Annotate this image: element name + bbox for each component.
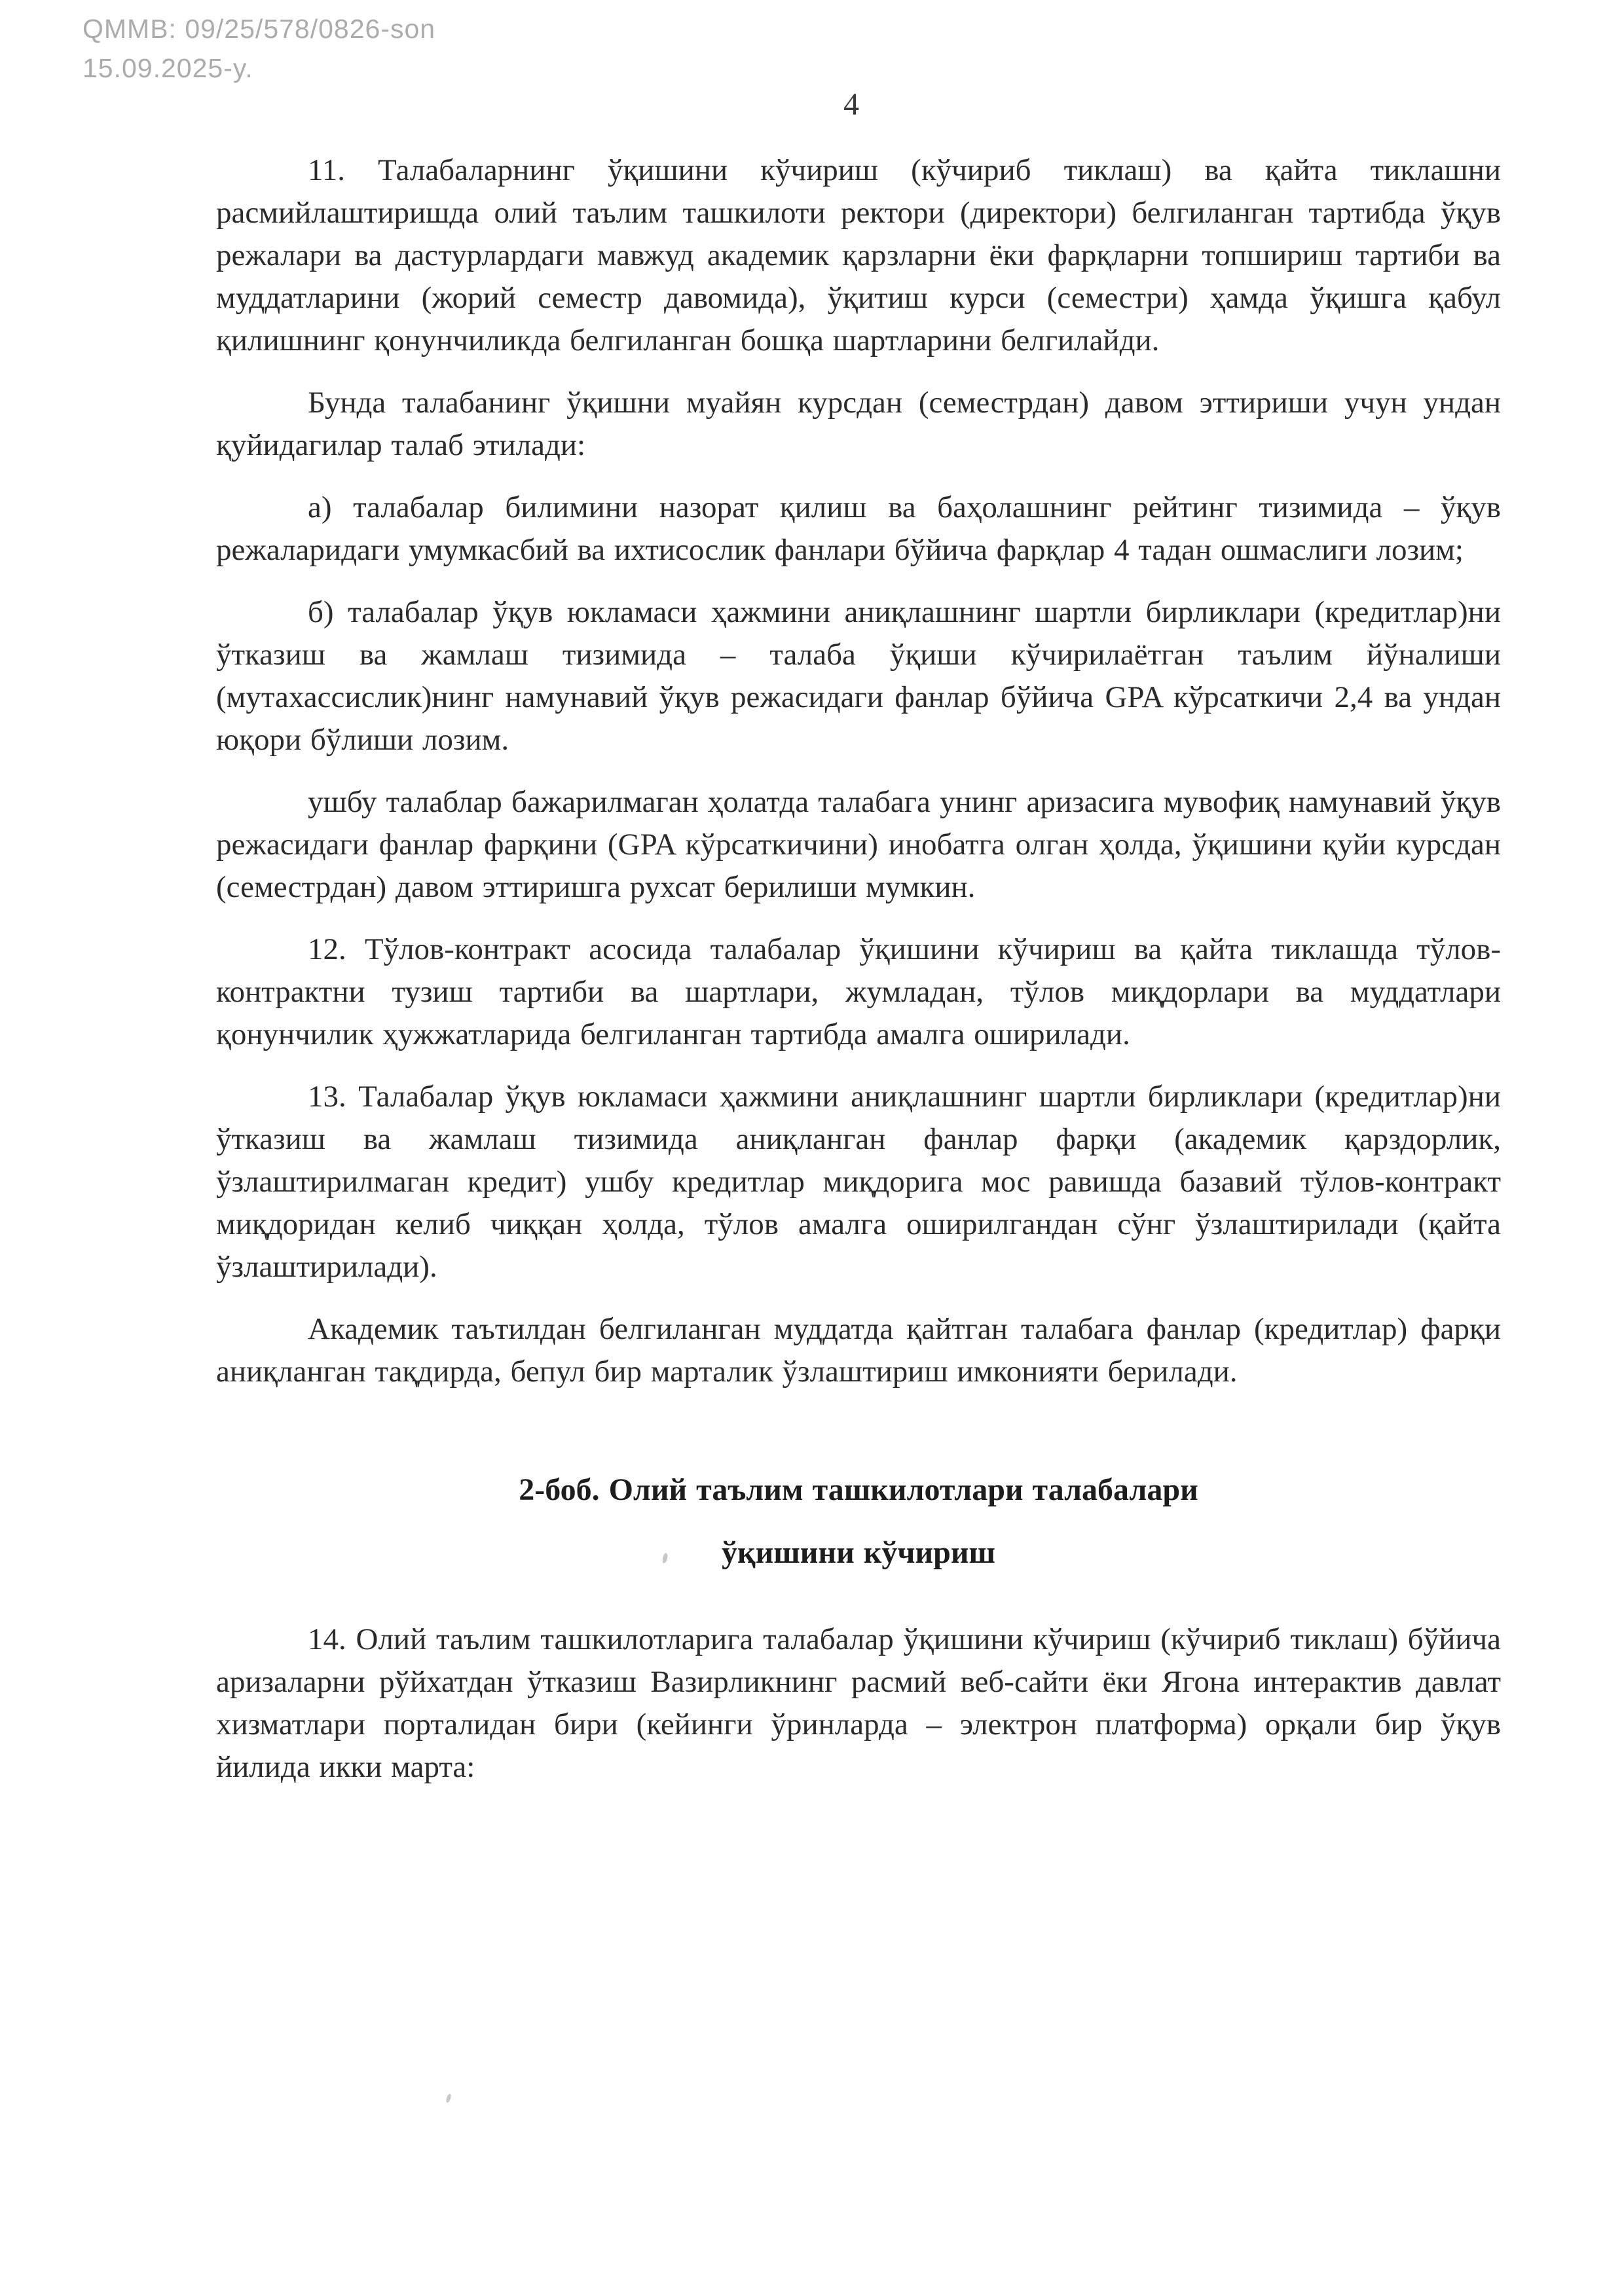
chapter-2-heading: 2-боб. Олий таълим ташкилотлари талабала…	[216, 1459, 1501, 1584]
paragraph-11-item-a: а) талабалар билимини назорат қилиш ва б…	[216, 486, 1501, 572]
paragraph-11: 11. Талабаларнинг ўқишини кўчириш (кўчир…	[216, 149, 1501, 362]
paragraph-14: 14. Олий таълим ташкилотларига талабалар…	[216, 1618, 1501, 1789]
document-body: 11. Талабаларнинг ўқишини кўчириш (кўчир…	[216, 149, 1501, 1808]
scan-stamp-number: QMMB: 09/25/578/0826-son	[83, 9, 435, 48]
paragraph-11-ushbu: ушбу талаблар бажарилмаган ҳолатда талаб…	[216, 781, 1501, 909]
paragraph-11-item-b: б) талабалар ўқув юкламаси ҳажмини аниқл…	[216, 591, 1501, 761]
paragraph-13-akademik: Академик таътилдан белгиланган муддатда …	[216, 1308, 1501, 1393]
chapter-2-heading-line2: ўқишини кўчириш	[722, 1535, 995, 1570]
scan-stamp-date: 15.09.2025-y.	[83, 48, 435, 88]
page-number: 4	[39, 86, 1624, 122]
document-page: QMMB: 09/25/578/0826-son 15.09.2025-y. 4…	[0, 0, 1624, 2296]
scan-stamp: QMMB: 09/25/578/0826-son 15.09.2025-y.	[83, 9, 435, 88]
scan-artifact	[445, 2093, 452, 2103]
paragraph-11-bunda: Бунда талабанинг ўқишни муайян курсдан (…	[216, 382, 1501, 467]
chapter-2-heading-line1: 2-боб. Олий таълим ташкилотлари талабала…	[519, 1472, 1198, 1507]
paragraph-12: 12. Тўлов-контракт асосида талабалар ўқи…	[216, 928, 1501, 1056]
paragraph-13: 13. Талабалар ўқув юкламаси ҳажмини аниқ…	[216, 1076, 1501, 1288]
